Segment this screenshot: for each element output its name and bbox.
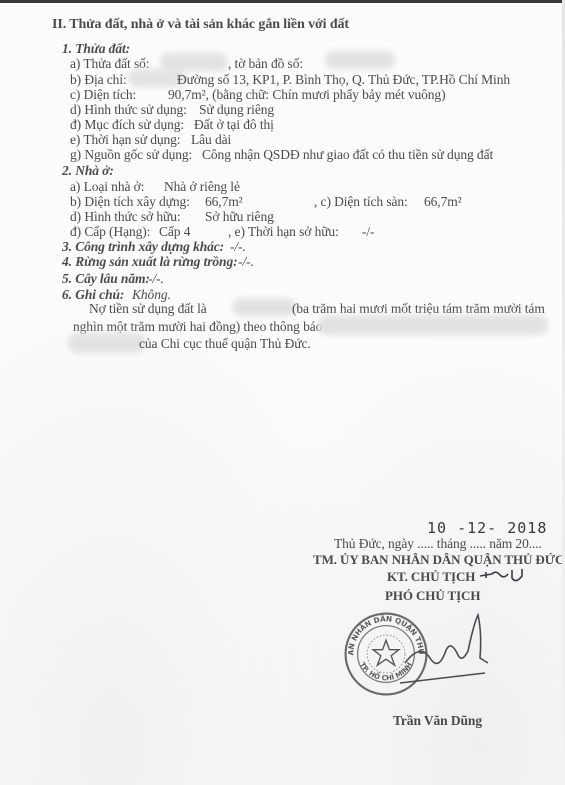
map-sheet-label: , tờ bản đồ số: — [228, 56, 303, 72]
redacted-notice-date — [68, 333, 146, 353]
debt-line3: của Chi cục thuế quận Thủ Đức. — [139, 336, 311, 352]
redacted-notice-number — [318, 315, 548, 335]
other-construction-value: -/-. — [230, 239, 246, 255]
built-area-value: 66,7m² — [205, 194, 243, 210]
purpose-label: đ) Mục đích sử dụng: — [70, 117, 184, 133]
ownership-label: d) Hình thức sở hữu: — [70, 209, 181, 225]
house-type-value: Nhà ở riêng lẻ — [164, 179, 240, 195]
document-page: II. Thửa đất, nhà ở và tài sản khác gắn … — [0, 3, 562, 785]
forest-heading: 4. Rừng sản xuất là rừng trồng: — [62, 254, 238, 270]
perennial-heading: 5. Cây lâu năm: — [62, 271, 150, 287]
use-form-label: d) Hình thức sử dụng: — [70, 102, 187, 118]
handwritten-date: 10 -12- 2018 — [427, 519, 547, 537]
initials-mark — [478, 566, 528, 586]
origin-value: Công nhận QSDĐ như giao đất có thu tiền … — [202, 147, 493, 163]
area-label: c) Diện tích: — [70, 87, 136, 103]
land-heading: 1. Thửa đất: — [62, 41, 130, 57]
use-form-value: Sử dụng riêng — [199, 102, 274, 118]
floor-area-label: , c) Diện tích sàn: — [314, 194, 408, 210]
ownership-term-label: , e) Thời hạn sở hữu: — [228, 224, 339, 240]
term-label: e) Thời hạn sử dụng: — [70, 132, 180, 148]
place-date-line: Thủ Đức, ngày ..... tháng ..... năm 20..… — [334, 536, 542, 552]
section-title: II. Thửa đất, nhà ở và tài sản khác gắn … — [52, 17, 349, 33]
handwritten-signature — [400, 603, 490, 693]
address-value: Đường số 13, KP1, P. Bình Thọ, Q. Thủ Đứ… — [177, 72, 510, 88]
redacted-map-sheet — [325, 51, 395, 69]
signer-title-2: PHÓ CHỦ TỊCH — [385, 588, 480, 604]
forest-value: -/-. — [238, 254, 254, 270]
ownership-value: Sở hữu riêng — [205, 209, 274, 225]
debt-line1-prefix: Nợ tiền sử dụng đất là — [89, 301, 207, 317]
redacted-debt-amount — [232, 298, 296, 316]
perennial-value: -/-. — [148, 271, 164, 287]
purpose-value: Đất ở tại đô thị — [194, 117, 274, 133]
house-heading: 2. Nhà ở: — [62, 163, 114, 179]
address-label: b) Địa chỉ: — [70, 72, 127, 88]
signer-title-1: KT. CHỦ TỊCH — [387, 569, 475, 585]
ownership-term-value: -/- — [362, 224, 374, 240]
grade-value: Cấp 4 — [159, 224, 190, 240]
area-value: 90,7m², (bằng chữ: Chín mươi phẩy bảy mé… — [168, 87, 445, 103]
floor-area-value: 66,7m² — [424, 194, 462, 210]
house-type-label: a) Loại nhà ở: — [70, 179, 144, 195]
grade-label: đ) Cấp (Hạng): — [70, 224, 150, 240]
signer-name: Trần Văn Dũng — [393, 713, 482, 729]
origin-label: g) Nguồn gốc sử dụng: — [70, 147, 192, 163]
term-value: Lâu dài — [191, 132, 231, 148]
built-area-label: b) Diện tích xây dựng: — [70, 194, 190, 210]
other-construction-heading: 3. Công trình xây dựng khác: — [62, 239, 224, 255]
